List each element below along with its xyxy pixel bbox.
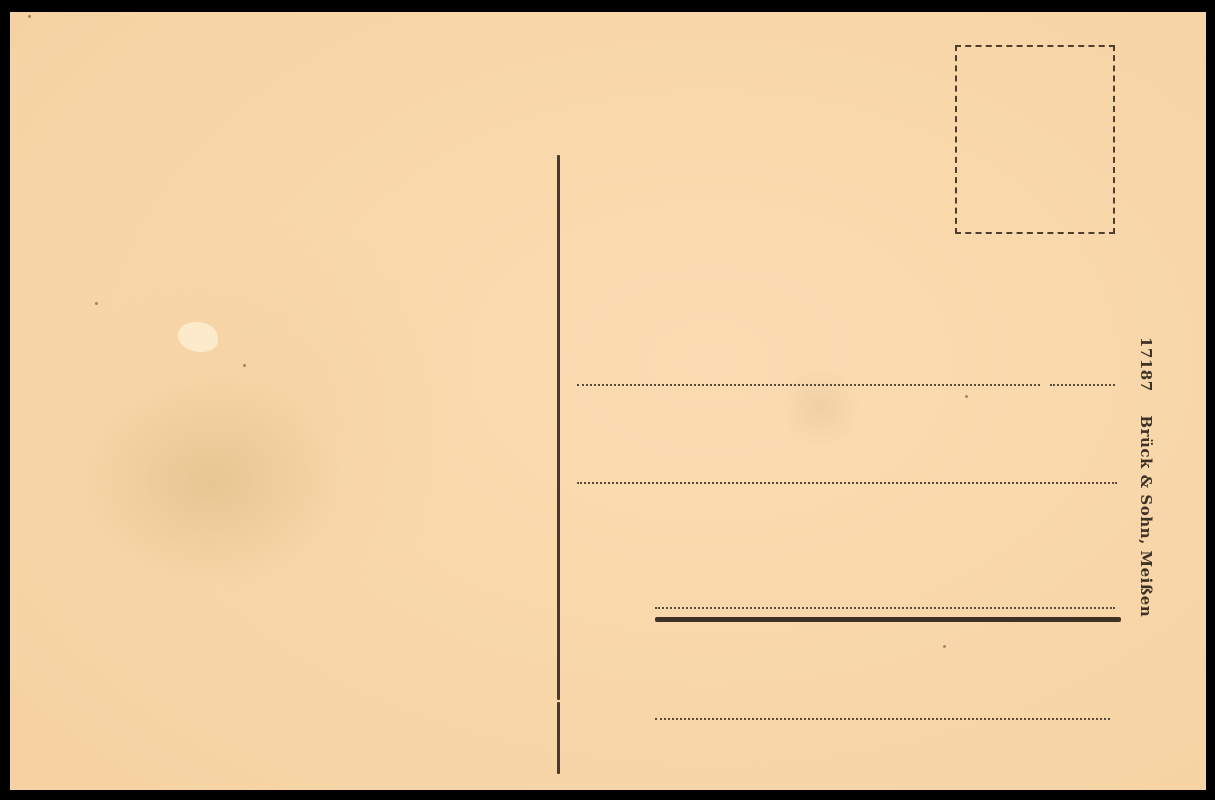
card-number: 17187: [1137, 337, 1155, 392]
paper-speck: [28, 15, 31, 18]
address-line-2: [577, 482, 1117, 484]
address-line-4: [655, 718, 1110, 720]
address-line-1-end: [1050, 384, 1115, 386]
address-rule-thick: [655, 617, 1121, 622]
paper-speck: [243, 364, 246, 367]
publisher-name: Brück & Sohn, Meißen: [1137, 415, 1155, 617]
center-divider-line-lower: [557, 702, 560, 774]
paper-speck: [95, 302, 98, 305]
center-divider-line: [557, 155, 560, 700]
address-line-1: [577, 384, 1040, 386]
stamp-box: [955, 45, 1115, 234]
paper-wear-spot: [178, 322, 218, 352]
publisher-imprint: 17187 Brück & Sohn, Meißen: [1137, 337, 1155, 617]
paper-speck: [965, 395, 968, 398]
address-line-3: [655, 607, 1115, 609]
postcard-back: 17187 Brück & Sohn, Meißen: [10, 12, 1206, 790]
paper-speck: [943, 645, 946, 648]
